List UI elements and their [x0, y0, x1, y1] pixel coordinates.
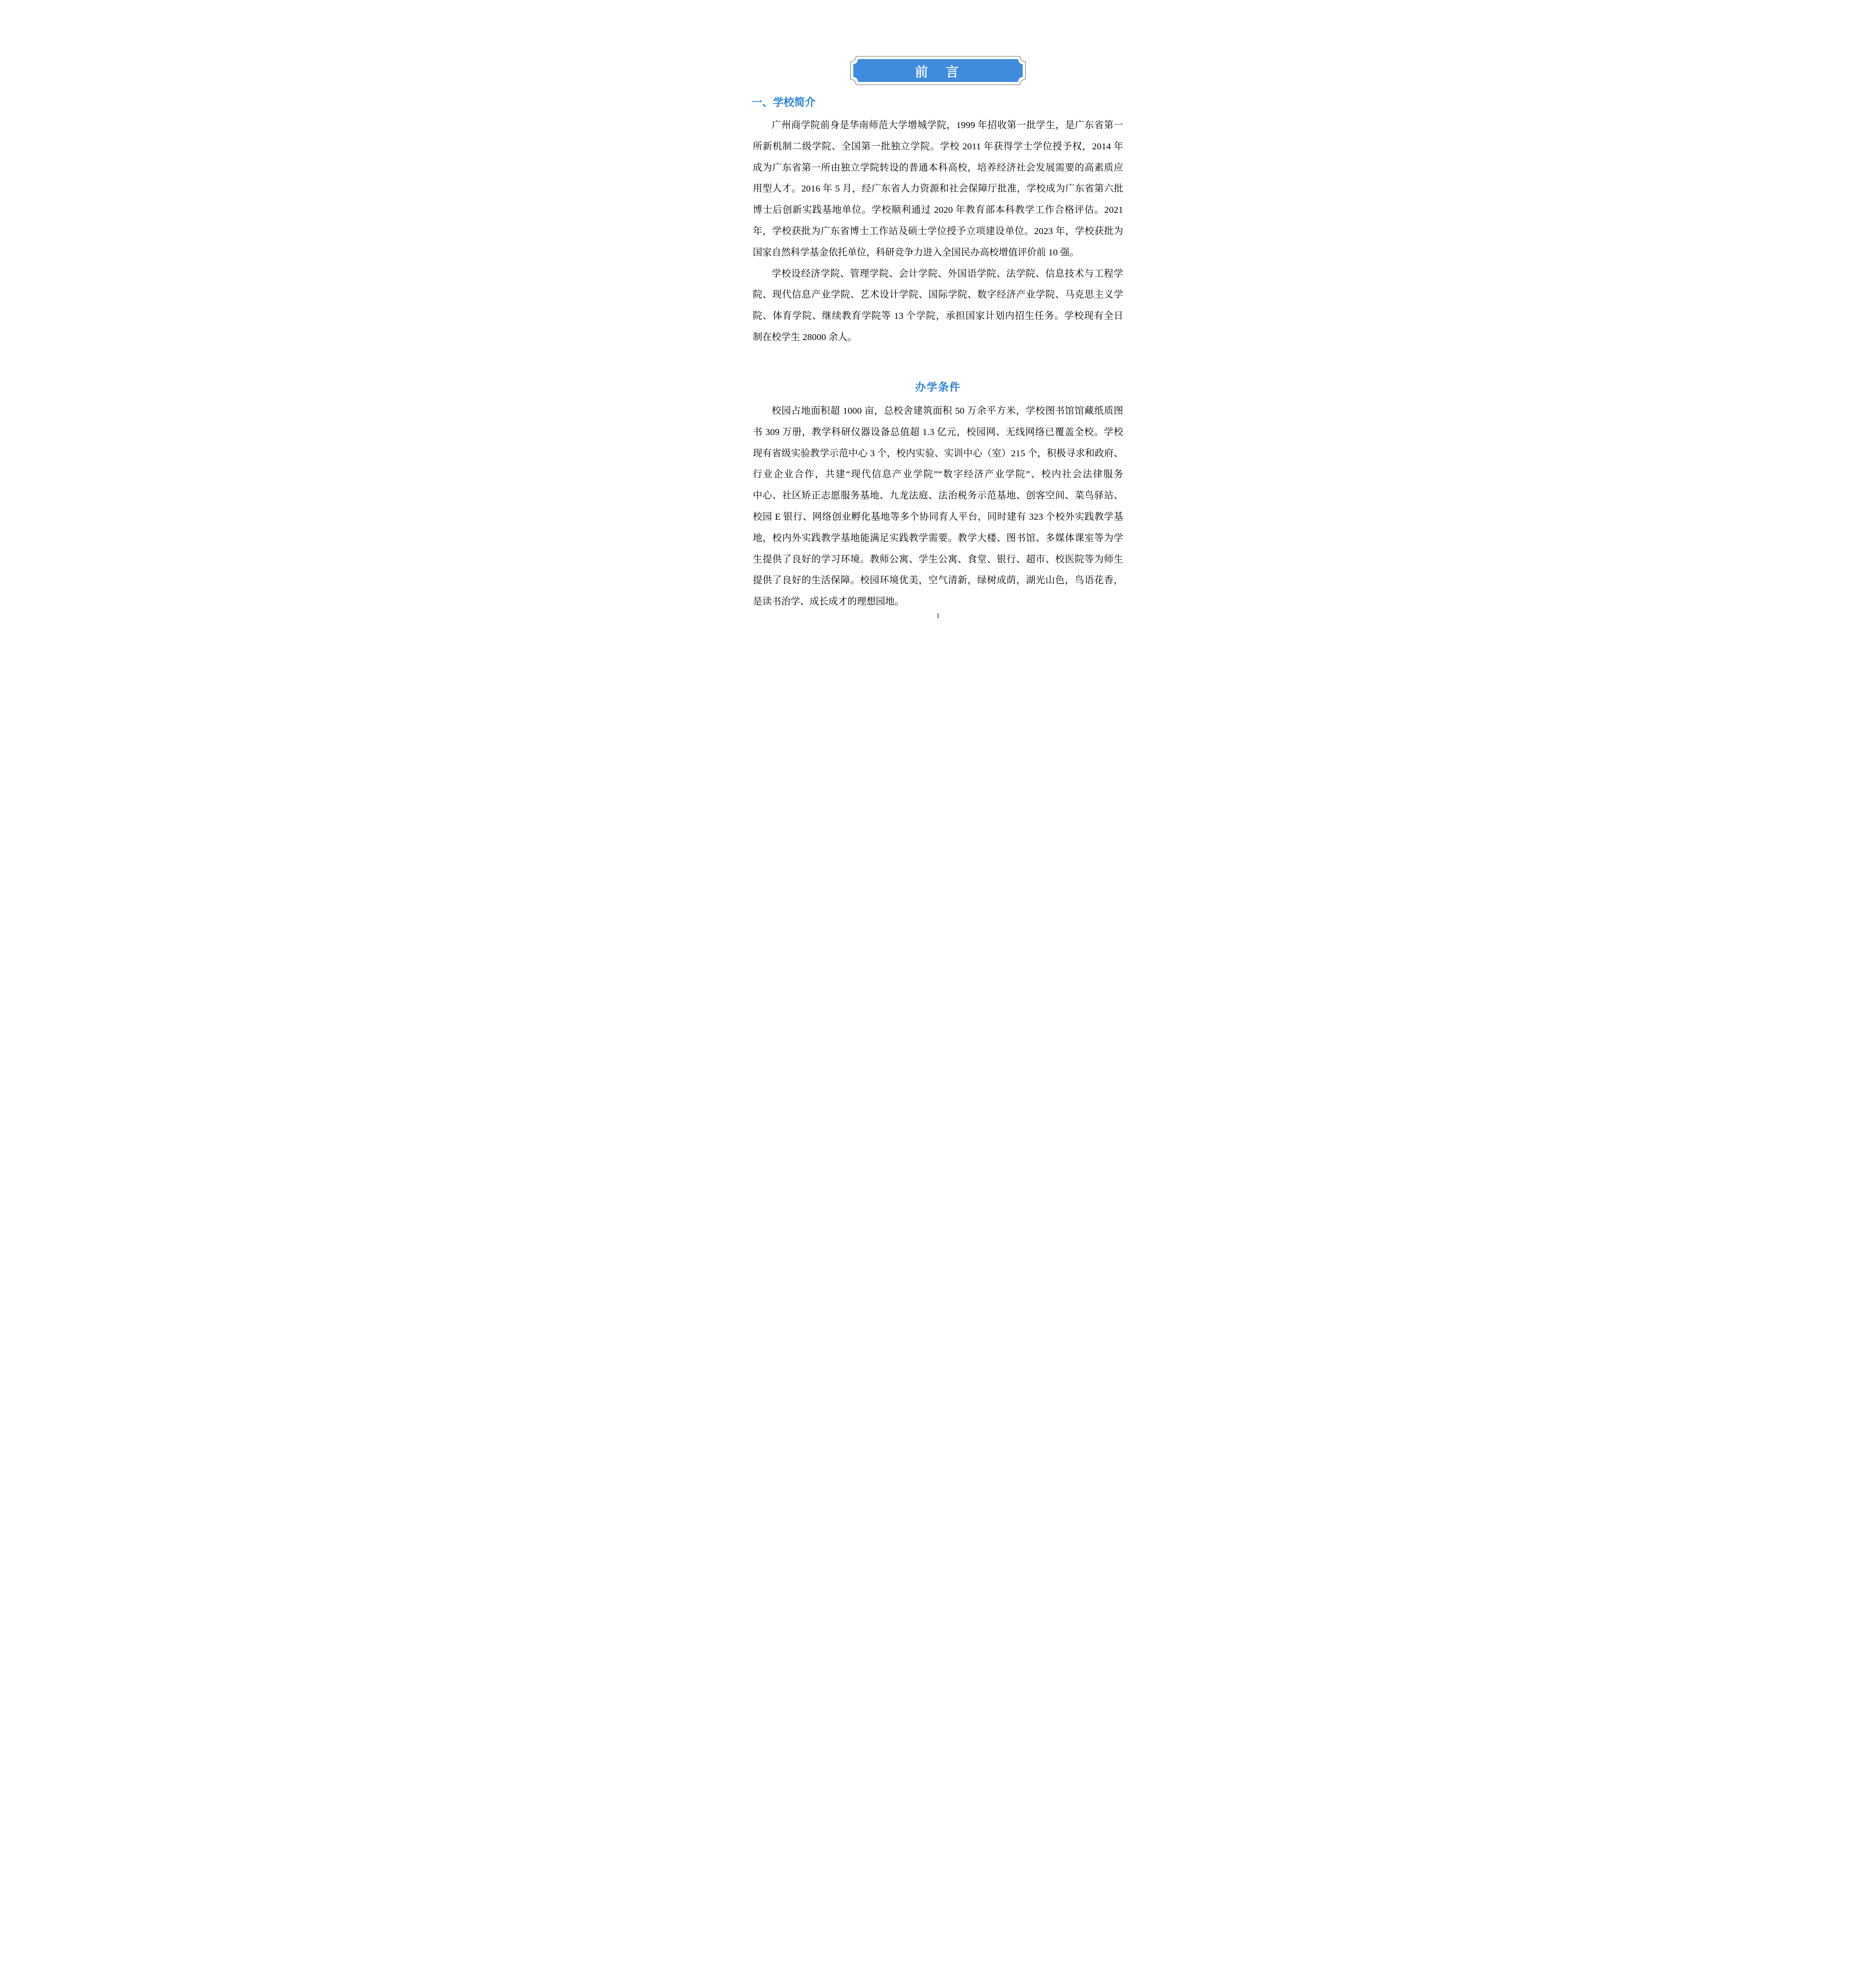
paragraph-line: 院、现代信息产业学院、艺术设计学院、国际学院、数字经济产业学院、马克思主义学 [753, 284, 1123, 306]
paragraph-line: 现有省级实验教学示范中心 3 个，校内实验、实训中心（室）215 个，积极寻求和… [753, 443, 1123, 465]
paragraph-line: 是读书治学、成长成才的理想园地。 [753, 591, 1123, 613]
paragraph-line: 书 309 万册，教学科研仪器设备总值超 1.3 亿元，校园网、无线网络已覆盖全… [753, 422, 1123, 443]
paragraph-line: 地，校内外实践教学基地能满足实践教学需要。教学大楼、图书馆、多媒体课室等为学 [753, 528, 1123, 549]
paragraph-line: 用型人才。2016 年 5 月，经广东省人力资源和社会保障厅批准，学校成为广东省… [753, 178, 1123, 200]
section-heading-conditions: 办学条件 [704, 379, 1172, 395]
paragraph-line: 成为广东省第一所由独立学院转设的普通本科高校，培养经济社会发展需要的高素质应 [753, 158, 1123, 179]
paragraph-line: 广州商学院前身是华南师范大学增城学院，1999 年招收第一批学生，是广东省第一 [753, 115, 1123, 136]
preface-banner: 前 言 [850, 56, 1026, 85]
intro-paragraphs: 广州商学院前身是华南师范大学增城学院，1999 年招收第一批学生，是广东省第一 … [753, 115, 1123, 348]
paragraph-line: 生提供了良好的学习环境。教师公寓、学生公寓、食堂、银行、超市、校医院等为师生 [753, 549, 1123, 571]
paragraph-line: 提供了良好的生活保障。校园环境优美，空气清新，绿树成荫，湖光山色，鸟语花香， [753, 570, 1123, 591]
paragraph-line: 行业企业合作，共建“现代信息产业学院”“数字经济产业学院”、校内社会法律服务 [753, 464, 1123, 485]
paragraph-line: 博士后创新实践基地单位。学校顺利通过 2020 年教育部本科教学工作合格评估。2… [753, 200, 1123, 221]
preface-title: 前 言 [850, 56, 1026, 85]
conditions-paragraph: 校园占地面积超 1000 亩，总校舍建筑面积 50 万余平方米，学校图书馆馆藏纸… [753, 401, 1123, 613]
paragraph-line: 院、体育学院、继续教育学院等 13 个学院，承担国家计划内招生任务。学校现有全日 [753, 306, 1123, 327]
paragraph-line: 制在校学生 28000 余人。 [753, 327, 1123, 348]
paragraph-line: 国家自然科学基金依托单位，科研竞争力进入全国民办高校增值评价前 10 强。 [753, 242, 1123, 264]
paragraph-line: 所新机制二级学院、全国第一批独立学院。学校 2011 年获得学士学位授予权，20… [753, 136, 1123, 158]
paragraph-line: 学校设经济学院、管理学院、会计学院、外国语学院、法学院、信息技术与工程学 [753, 264, 1123, 285]
document-page: 前 言 一、学校简介 广州商学院前身是华南师范大学增城学院，1999 年招收第一… [704, 0, 1172, 663]
section-heading-school-intro: 一、学校简介 [752, 95, 815, 110]
page-number: 1 [704, 611, 1172, 621]
paragraph-line: 年，学校获批为广东省博士工作站及硕士学位授予立项建设单位。2023 年，学校获批… [753, 221, 1123, 242]
paragraph-line: 中心、社区矫正志愿服务基地、九龙法庭、法治税务示范基地、创客空间、菜鸟驿站、 [753, 485, 1123, 507]
paragraph-line: 校园 E 银行、网络创业孵化基地等多个协同育人平台，同时建有 323 个校外实践… [753, 507, 1123, 528]
paragraph-line: 校园占地面积超 1000 亩，总校舍建筑面积 50 万余平方米，学校图书馆馆藏纸… [753, 401, 1123, 422]
